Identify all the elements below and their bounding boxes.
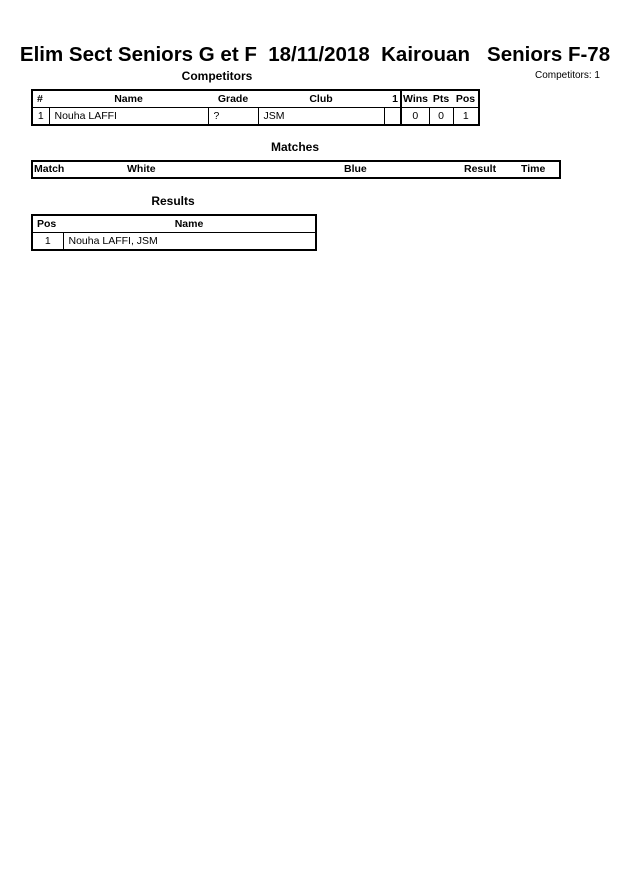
competitor-row[interactable]: 1 Nouha LAFFI ? JSM 0 0 1 [32,108,479,126]
competitor-grade: ? [208,108,258,126]
competitors-count: Competitors: 1 [535,70,600,81]
result-pos: 1 [32,233,63,251]
col-time-header: Time [520,161,560,178]
competitors-section-title: Competitors [160,69,274,83]
competitor-round1-cell [384,108,401,126]
col-white-header: White [126,161,343,178]
competitors-table: # Name Grade Club 1 Wins Pts Pos 1 Nouha… [31,89,480,126]
competitor-club: JSM [258,108,384,126]
results-table: Pos Name 1 Nouha LAFFI, JSM [31,214,317,251]
matches-header-row: Match White Blue Result Time [32,161,560,178]
col-result-header: Result [463,161,520,178]
col-round1-header: 1 [384,90,401,108]
col-grade-header: Grade [208,90,258,108]
col-wins-header: Wins [401,90,429,108]
competitor-number: 1 [32,108,49,126]
col-number-header: # [32,90,49,108]
col-pts-header: Pts [429,90,453,108]
col-blue-header: Blue [343,161,463,178]
result-row[interactable]: 1 Nouha LAFFI, JSM [32,233,316,251]
col-name-header: Name [63,215,316,233]
results-section-title: Results [120,194,226,208]
page-title: Elim Sect Seniors G et F 18/11/2018 Kair… [0,43,630,67]
col-pos-header: Pos [453,90,479,108]
competitor-pts: 0 [429,108,453,126]
competitor-wins: 0 [401,108,429,126]
results-header-row: Pos Name [32,215,316,233]
matches-table: Match White Blue Result Time [31,160,561,179]
competitor-pos: 1 [453,108,479,126]
col-pos-header: Pos [32,215,63,233]
competitors-header-row: # Name Grade Club 1 Wins Pts Pos [32,90,479,108]
matches-section-title: Matches [240,140,350,154]
col-match-header: Match [32,161,126,178]
col-club-header: Club [258,90,384,108]
result-name: Nouha LAFFI, JSM [63,233,316,251]
competitor-name: Nouha LAFFI [49,108,208,126]
col-name-header: Name [49,90,208,108]
